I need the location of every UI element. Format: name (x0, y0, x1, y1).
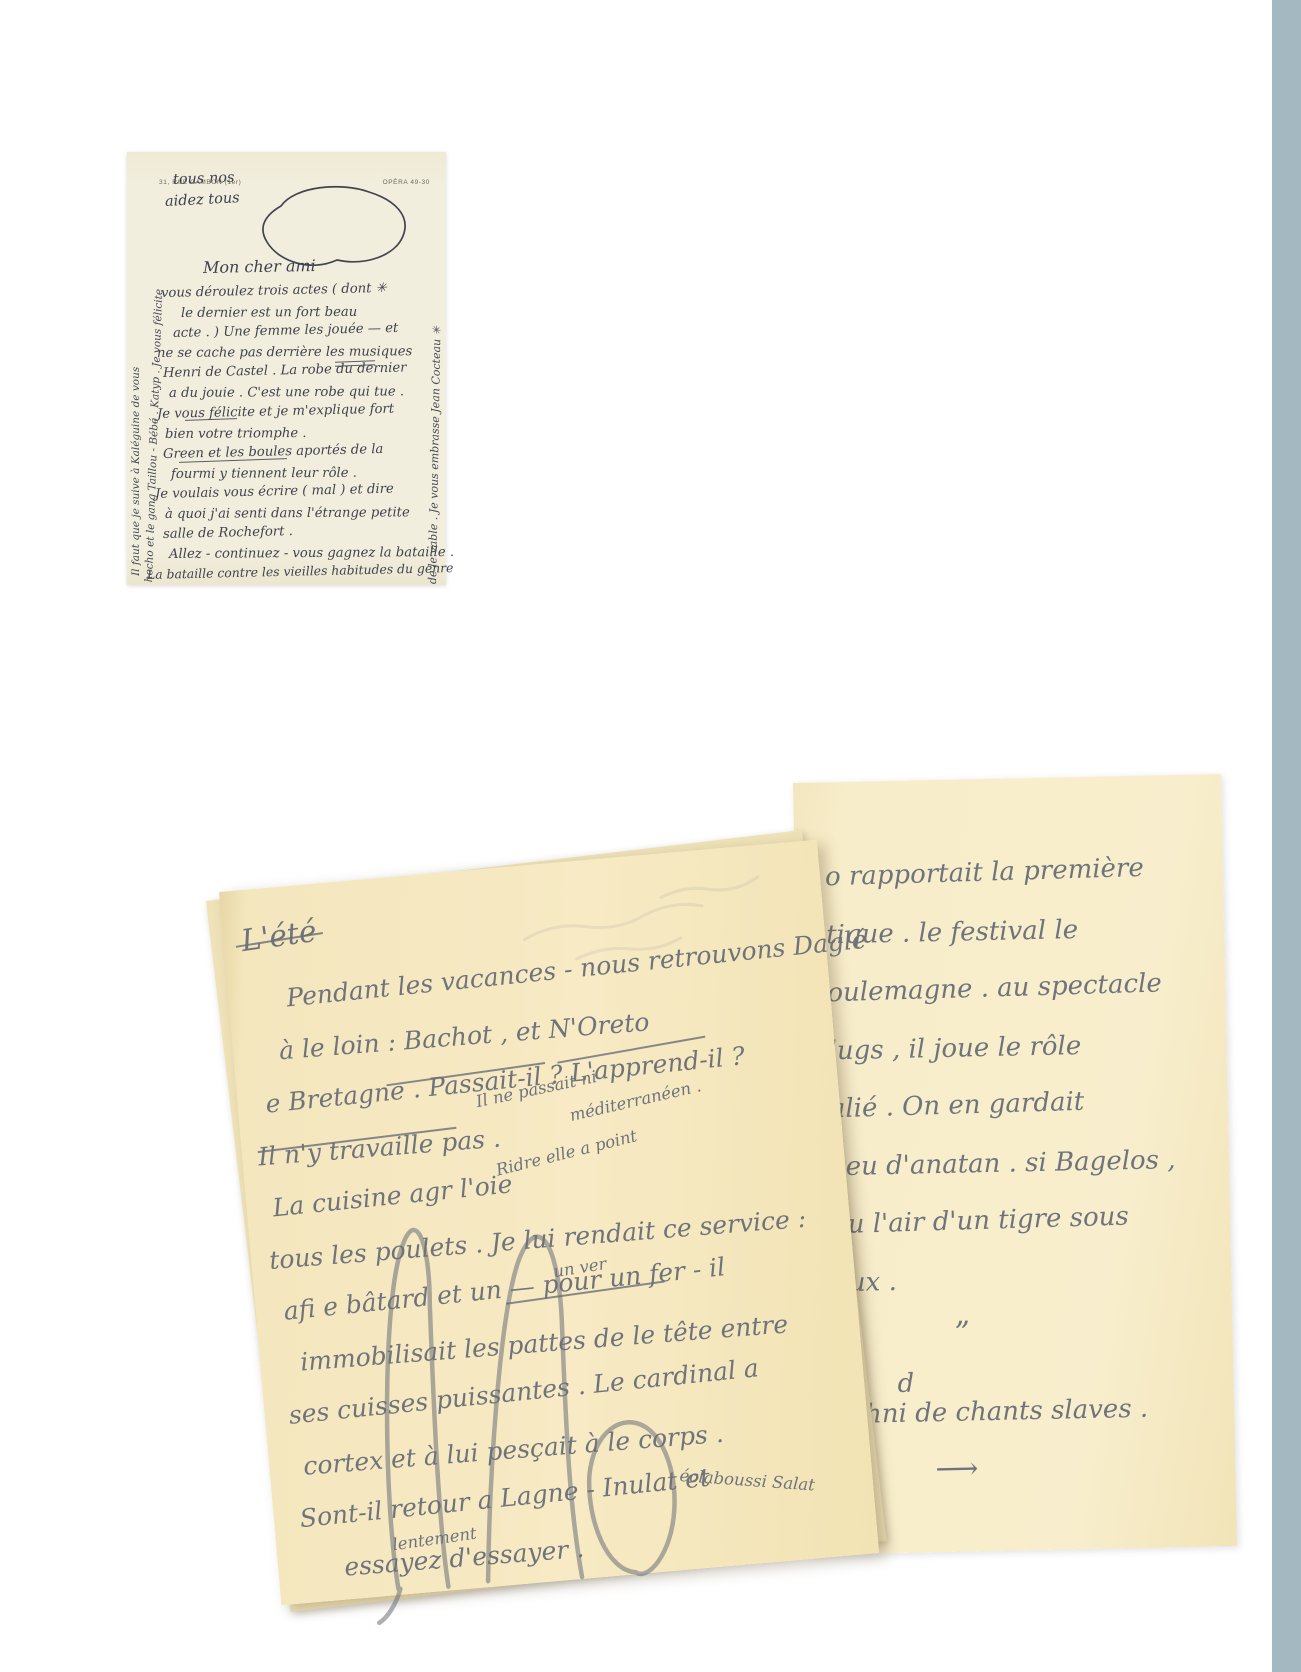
hand-line: o rapportait la première (824, 836, 1256, 907)
margin-note-left-1: Il faut que je suive à Kaléguine de vous (130, 367, 142, 576)
last-line: ichni de chants slaves . (842, 1394, 1149, 1430)
circled-note-line1: tous nos (173, 170, 235, 188)
ditto-mark: ” (954, 1315, 970, 1350)
hand-line: vous déroulez trois actes ( dont ✳ (161, 278, 443, 304)
arrow-mark: ⟶ (935, 1451, 979, 1487)
hand-line: eux . (833, 1245, 1264, 1312)
manuscript-left-page: L'été Pendant les vacances - nous retrou… (219, 840, 879, 1606)
hand-line: oulemagne . au spectacle (827, 952, 1259, 1023)
fragment-d: d (897, 1369, 914, 1399)
letter-body: vous déroulez trois actes ( dont ✳le der… (143, 284, 443, 585)
right-margin-band (1272, 0, 1301, 1672)
circled-note-line2: aidez tous (165, 190, 240, 210)
catalog-page: 31, RUE CAMBON (1er) OPÉRA 49-30 tous no… (0, 0, 1301, 1672)
letter-page: 31, RUE CAMBON (1er) OPÉRA 49-30 tous no… (127, 152, 446, 585)
hand-line: au l'air d'un tigre sous (831, 1184, 1263, 1255)
right-page-lines: o rapportait la premièretique . le festi… (824, 839, 1264, 1312)
circle-doodle (245, 180, 415, 268)
hand-line: alié . On en gardait (829, 1068, 1261, 1139)
scribble-doodle (303, 1167, 759, 1632)
salutation: Mon cher ami (203, 256, 316, 277)
